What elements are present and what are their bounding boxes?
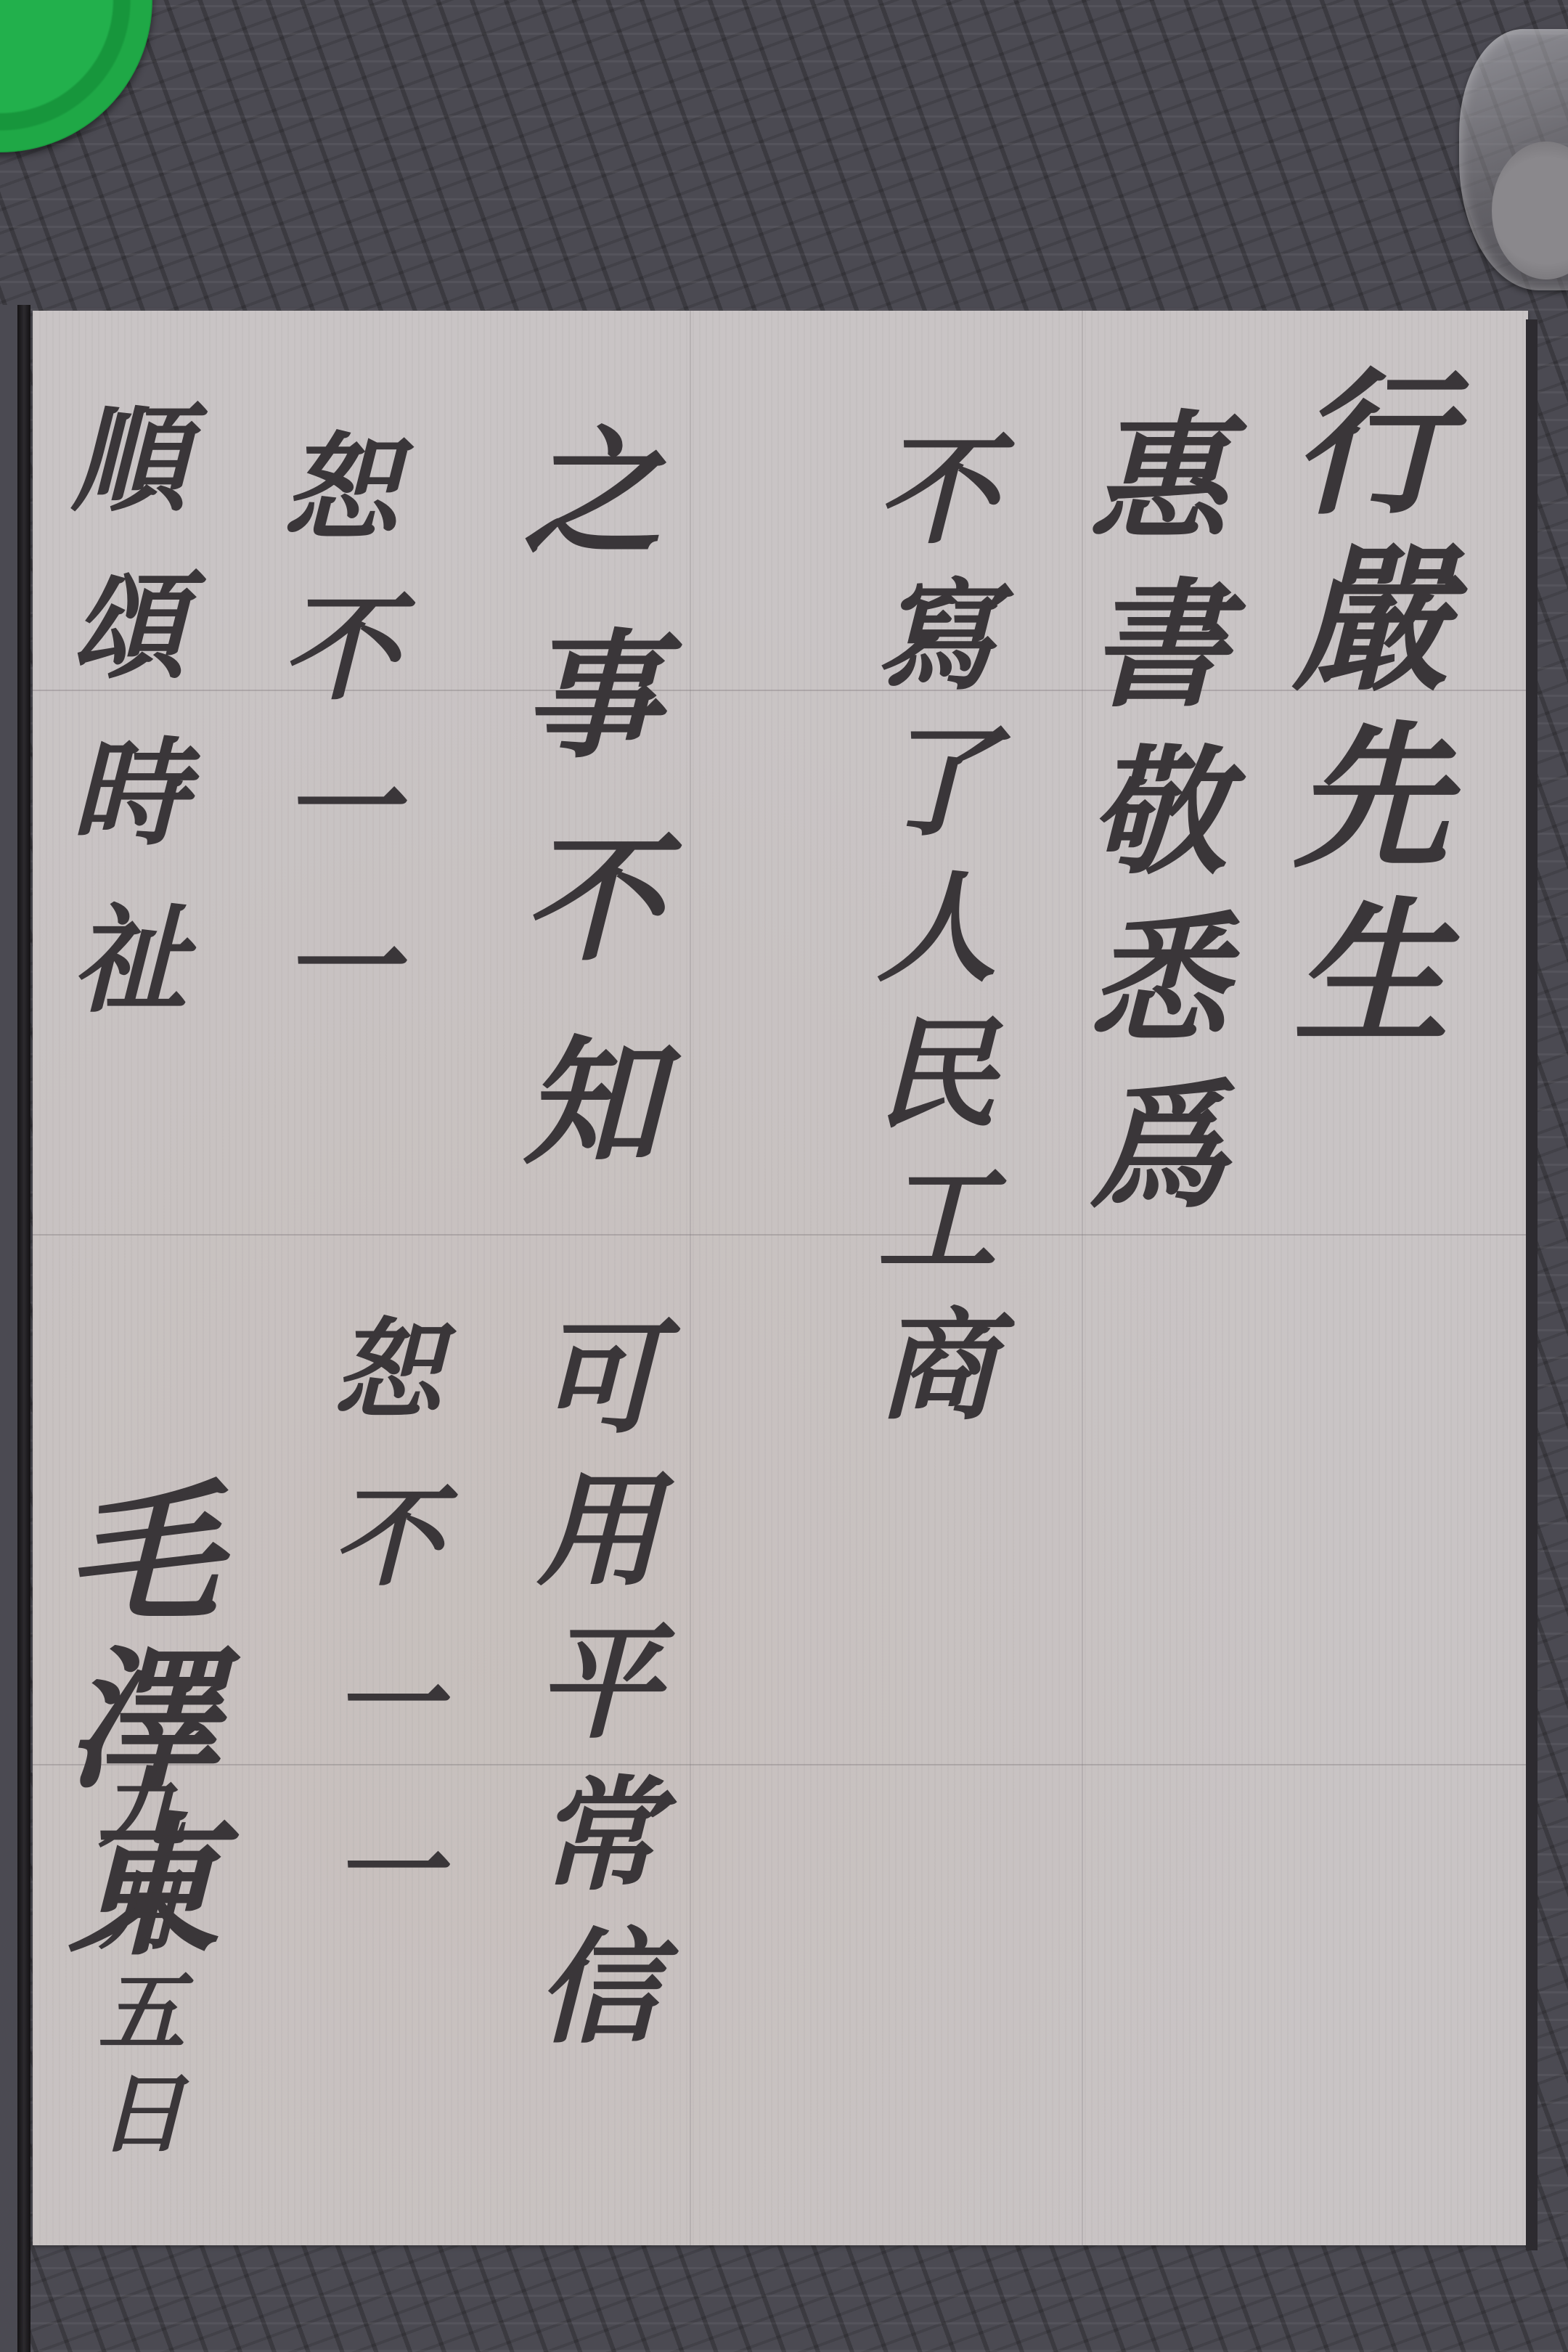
letter-column-5: 可用平常信 — [526, 1312, 650, 2075]
black-rod — [17, 305, 30, 2352]
fold-line — [690, 311, 691, 2245]
letter-column-6: 恕不一一 — [272, 427, 388, 1066]
fold-line — [33, 1234, 1528, 1236]
date: 九月五日 — [91, 1763, 178, 2169]
fold-line — [33, 1764, 1528, 1765]
right-rod — [1526, 319, 1538, 2250]
green-weight-object — [0, 0, 152, 152]
letter-column-8: 恕不一一 — [323, 1312, 432, 1980]
letter-column-4: 之事不知 — [512, 420, 650, 1233]
fabric-strip — [0, 305, 17, 2352]
letter-column-7: 順頌時祉 — [62, 398, 178, 1066]
letter-column-2: 惠書敬悉爲 — [1078, 405, 1216, 1240]
letter-column-1: 行嚴先生 — [1281, 362, 1437, 1067]
letter-column-3: 不寫了人民工商 — [867, 427, 987, 1448]
letter-paper: 行嚴先生 惠書敬悉爲 不寫了人民工商 之事不知 可用平常信 恕不一一 順頌時祉 … — [33, 311, 1528, 2245]
